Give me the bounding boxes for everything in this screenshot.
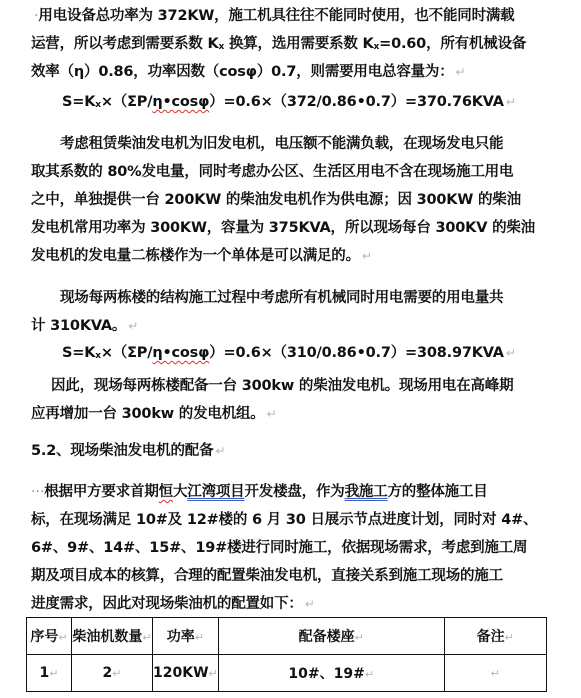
paragraph-mark-icon: ↵ (267, 407, 277, 421)
paragraph-5-line-3: 6#、9#、14#、15#、19#楼进行同时施工，依据现场需求，考虑到施工周 (31, 534, 527, 562)
grammar-underline: 江湾项目 (187, 484, 244, 500)
paragraph-2-line-3: 之中，单独提供一台 200KW 的柴油发电机作为供电源；因 300KW 的柴油 (31, 186, 521, 214)
header-cell-buildings[interactable]: 配备楼座↵ (218, 618, 444, 655)
paragraph-1-line-1: ·用电设备总功率为 372KW，施工机具往往不能同时使用，也不能同时满载 (34, 2, 514, 30)
paragraph-2-line-1: 考虑租赁柴油发电机为旧发电机，电压额不能满负载，在现场发电只能 (60, 130, 503, 158)
paragraph-1-line-2: 运营，所以考虑到需要系数 Kx 换算，选用需要系数 Kx=0.60，所有机械设备 (31, 30, 526, 58)
table-row: 1↵ 2↵ 120KW↵ 10#、19#↵ ↵ (27, 655, 547, 692)
paragraph-mark-icon: ↵ (128, 319, 138, 333)
formula-1: S=Kx×（ΣP/η•cosφ）=0.6×（372/0.86•0.7）=370.… (62, 88, 516, 116)
cell-power[interactable]: 120KW↵ (153, 655, 219, 692)
paragraph-4-line-1: 因此，现场每两栋楼配备一台 300kw 的柴油发电机。现场用电在高峰期 (51, 372, 513, 400)
paragraph-5-line-1: ···根据甲方要求首期恒大江湾项目开发楼盘，作为我施工方的整体施工目 (31, 478, 488, 506)
formula-2: S=Kx×（ΣP/η•cosφ）=0.6×（310/0.86•0.7）=308.… (62, 339, 516, 367)
paragraph-mark-icon: ↵ (456, 65, 466, 79)
cell-index[interactable]: 1↵ (27, 655, 72, 692)
generator-config-table: 序号↵ 柴油机数量↵ 功率↵ 配备楼座↵ 备注↵ 1↵ 2↵ 120KW↵ 10… (26, 617, 547, 692)
paragraph-mark-icon: ↵ (362, 249, 372, 263)
paragraph-3-line-2: 计 310KVA。↵ (31, 312, 138, 340)
grammar-underline: 我施工 (345, 484, 388, 500)
spellcheck-underline: η•cosφ (152, 345, 209, 361)
header-cell-quantity[interactable]: 柴油机数量↵ (72, 618, 153, 655)
header-cell-power[interactable]: 功率↵ (153, 618, 219, 655)
paragraph-2-line-4: 发电机常用功率为 300KW，容量为 375KVA，所以现场每台 300KV 的… (31, 214, 535, 242)
header-cell-index[interactable]: 序号↵ (27, 618, 72, 655)
paragraph-3-line-1: 现场每两栋楼的结构施工过程中考虑所有机械同时用电需要的用电量共 (60, 284, 503, 312)
header-cell-remarks[interactable]: 备注↵ (444, 618, 546, 655)
paragraph-5-line-2: 标，在现场满足 10#及 12#楼的 6 月 30 日展示节点进度计划，同时对 … (31, 506, 537, 534)
cell-remarks[interactable]: ↵ (444, 655, 546, 692)
paragraph-5-line-4: 期及项目成本的核算，合理的配置柴油发电机，直接关系到施工现场的施工 (31, 562, 503, 590)
section-heading: 5.2、现场柴油发电机的配备↵ (31, 437, 225, 465)
cell-quantity[interactable]: 2↵ (72, 655, 153, 692)
table-header-row: 序号↵ 柴油机数量↵ 功率↵ 配备楼座↵ 备注↵ (27, 618, 547, 655)
paragraph-2-line-2: 取其系数的 80%发电量，同时考虑办公区、生活区用电不含在现场施工用电 (31, 158, 513, 186)
cell-buildings[interactable]: 10#、19#↵ (218, 655, 444, 692)
paragraph-mark-icon: ↵ (506, 346, 516, 360)
paragraph-5-line-5: 进度需求，因此对现场柴油机的配置如下：↵ (31, 590, 315, 618)
paragraph-mark-icon: ↵ (305, 597, 315, 611)
spellcheck-underline: η•cosφ (152, 94, 209, 110)
paragraph-2-line-5: 发电机的发电量二栋楼作为一个单体是可以满足的。↵ (31, 242, 372, 270)
paragraph-mark-icon: ↵ (506, 95, 516, 109)
paragraph-1-line-3: 效率（η）0.86，功率因数（cosφ）0.7，则需要用电总容量为：↵ (31, 58, 465, 86)
paragraph-mark-icon: ↵ (215, 444, 225, 458)
paragraph-4-line-2: 应再增加一台 300kw 的发电机组。↵ (31, 400, 276, 428)
